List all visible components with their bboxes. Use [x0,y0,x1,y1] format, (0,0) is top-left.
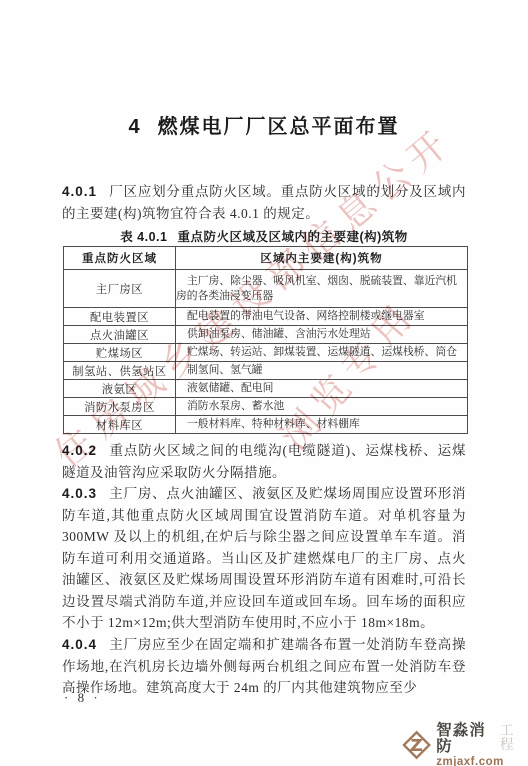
clause-text: 重点防火区域之间的电缆沟(电缆隧道)、运煤栈桥、运煤隧道及油管沟应采取防火分隔措… [62,443,466,480]
table-row: 材料库区 一般材料库、特种材料库、材料棚库 [64,416,468,434]
table-row: 液氨区 液氨储罐、配电间 [64,380,468,398]
table-header-row: 重点防火区域 区域内主要建(构)筑物 [64,247,468,270]
clause-number: 4.0.3 [62,486,97,501]
table-row: 制氢站、供氢站区 制氢间、氢气罐 [64,362,468,380]
zone-cell: 材料库区 [64,416,176,434]
table-row: 点火油罐区 供卸油泵房、储油罐、含油污水处理站 [64,326,468,344]
clause-text: 主厂房应至少在固定端和扩建端各布置一处消防车登高操作场地,在汽机房长边墙外侧每两… [62,637,466,695]
buildings-cell: 消防水泵房、蓄水池 [176,398,468,416]
clause-4-0-3: 4.0.3主厂房、点火油罐区、液氨区及贮煤场周围应设置环形消防车道,其他重点防火… [62,483,466,634]
buildings-cell: 配电装置的带油电气设备、网络控制楼或继电器室 [176,308,468,326]
brand-name: 智淼消防 [436,723,498,754]
brand-url: zmjaxf.com [436,757,528,766]
clause-4-0-1: 4.0.1厂区应划分重点防火区域。重点防火区域的划分及区域内的主要建(构)筑物宜… [62,181,466,224]
table-caption-text: 重点防火区域及区域内的主要建(构)筑物 [177,230,407,244]
zone-cell: 配电装置区 [64,308,176,326]
zone-cell: 制氢站、供氢站区 [64,362,176,380]
zone-cell: 点火油罐区 [64,326,176,344]
table-caption: 表 4.0.1重点防火区域及区域内的主要建(构)筑物 [0,227,528,245]
chapter-number: 4 [128,116,139,138]
table-row: 主厂房区 主厂房、除尘器、吸风机室、烟囱、脱硫装置、靠近汽机房的各类油浸变压器 [64,270,468,308]
brand-logo: 智淼消防 工程 zmjaxf.com [401,723,528,766]
header-buildings: 区域内主要建(构)筑物 [176,247,468,270]
buildings-cell: 液氨储罐、配电间 [176,380,468,398]
clause-number: 4.0.4 [62,637,97,652]
fire-zone-table: 重点防火区域 区域内主要建(构)筑物 主厂房区 主厂房、除尘器、吸风机室、烟囱、… [63,246,468,434]
header-zone: 重点防火区域 [64,247,176,270]
chapter-title: 4燃煤电厂厂区总平面布置 [0,110,528,139]
clause-text: 主厂房、点火油罐区、液氨区及贮煤场周围应设置环形消防车道,其他重点防火区域周围宜… [62,486,466,630]
clause-number: 4.0.2 [62,443,97,458]
page-number: · 8 · [64,690,101,706]
chapter-title-text: 燃煤电厂厂区总平面布置 [158,116,400,138]
clause-4-0-4: 4.0.4主厂房应至少在固定端和扩建端各布置一处消防车登高操作场地,在汽机房长边… [62,634,466,699]
diamond-z-logo-icon [401,727,432,763]
table-row: 贮煤场区 贮煤场、转运站、卸煤装置、运煤隧道、运煤栈桥、筒仓 [64,344,468,362]
brand-name-suffix: 工程 [500,723,528,751]
brand-text-block: 智淼消防 工程 zmjaxf.com [436,723,528,766]
clause-number: 4.0.1 [62,184,97,199]
zone-cell: 主厂房区 [64,270,176,308]
document-page: 住房城乡建设部信息公开 浏览专用 4燃煤电厂厂区总平面布置 4.0.1厂区应划分… [0,0,528,766]
table-row: 配电装置区 配电装置的带油电气设备、网络控制楼或继电器室 [64,308,468,326]
buildings-cell: 一般材料库、特种材料库、材料棚库 [176,416,468,434]
clause-4-0-2: 4.0.2重点防火区域之间的电缆沟(电缆隧道)、运煤栈桥、运煤隧道及油管沟应采取… [62,440,466,483]
buildings-cell: 供卸油泵房、储油罐、含油污水处理站 [176,326,468,344]
zone-cell: 液氨区 [64,380,176,398]
buildings-cell: 主厂房、除尘器、吸风机室、烟囱、脱硫装置、靠近汽机房的各类油浸变压器 [176,270,468,308]
buildings-cell: 制氢间、氢气罐 [176,362,468,380]
table-caption-label: 表 4.0.1 [120,230,167,244]
buildings-cell: 贮煤场、转运站、卸煤装置、运煤隧道、运煤栈桥、筒仓 [176,344,468,362]
table-row: 消防水泵房区 消防水泵房、蓄水池 [64,398,468,416]
clause-text: 厂区应划分重点防火区域。重点防火区域的划分及区域内的主要建(构)筑物宜符合表 4… [62,184,466,221]
zone-cell: 消防水泵房区 [64,398,176,416]
zone-cell: 贮煤场区 [64,344,176,362]
